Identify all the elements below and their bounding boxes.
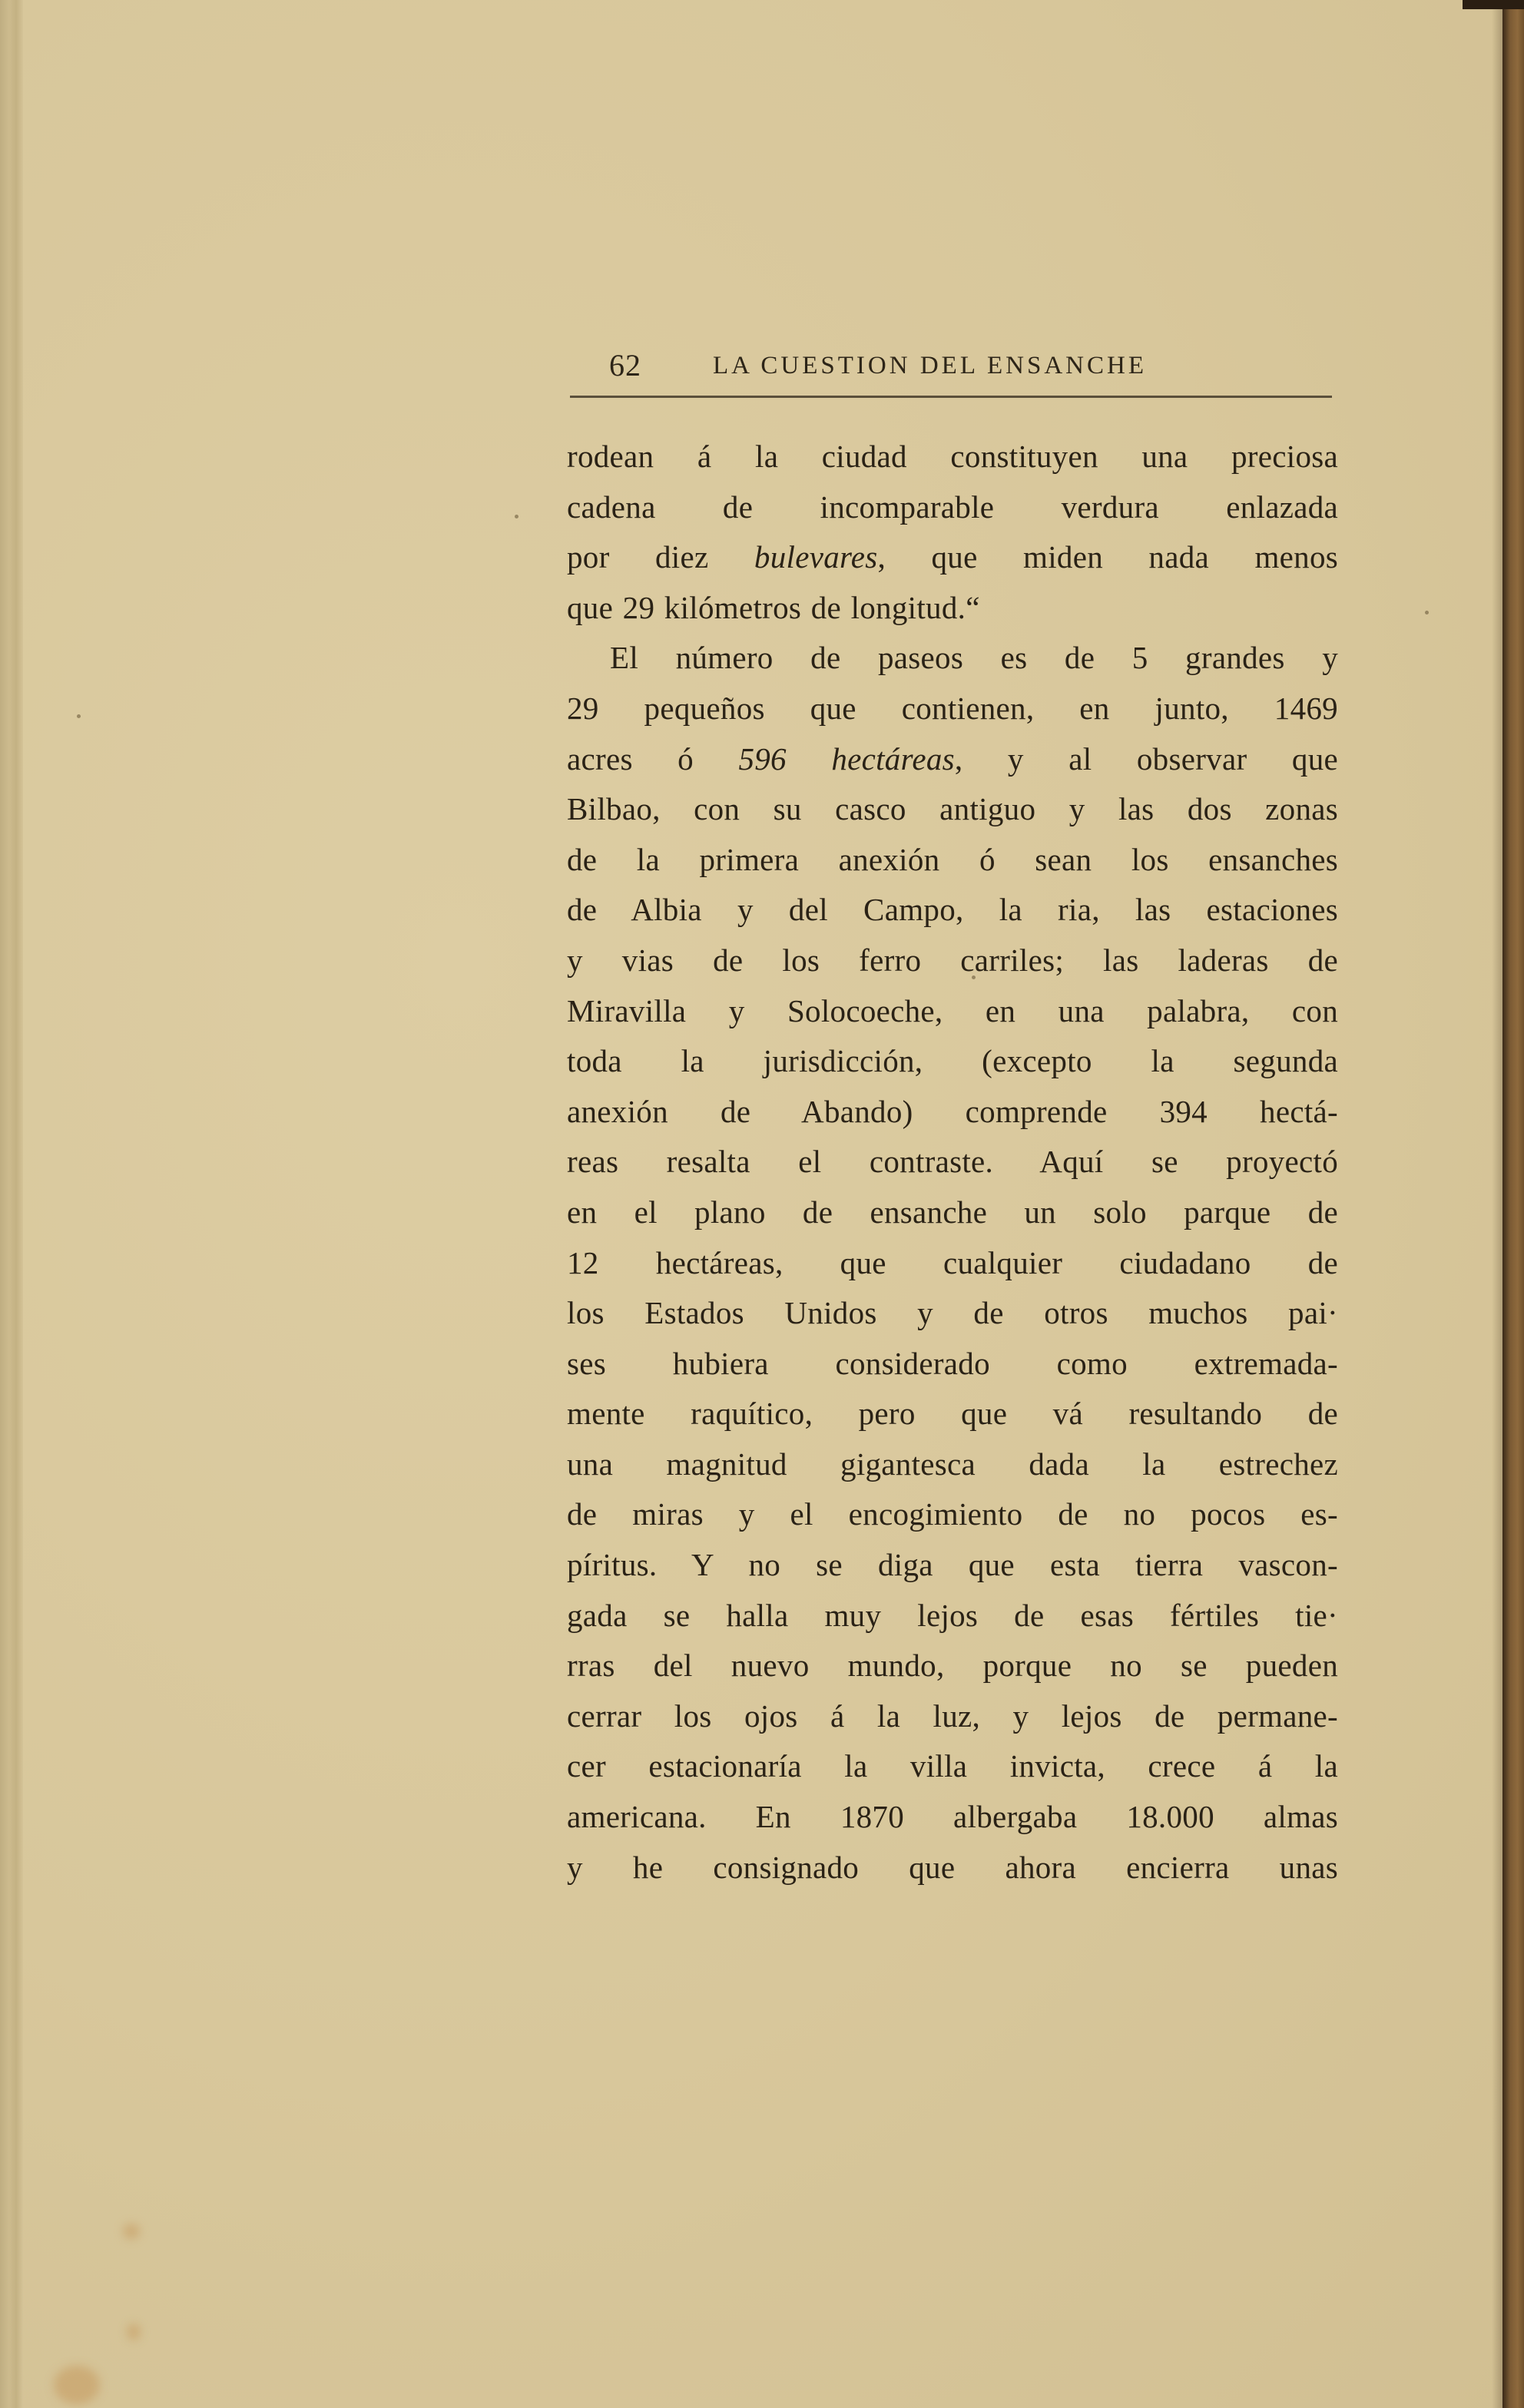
gutter-shadow bbox=[1492, 0, 1502, 2408]
running-header: 62 LA CUESTION DEL ENSANCHE bbox=[599, 347, 1337, 386]
text-line: ses hubiera considerado como extremada- bbox=[567, 1339, 1338, 1389]
text-line: de miras y el encogimiento de no pocos e… bbox=[567, 1489, 1338, 1540]
text-line: rodean á la ciudad constituyen una preci… bbox=[567, 432, 1338, 482]
corner-shadow bbox=[1463, 0, 1524, 9]
speck bbox=[77, 714, 81, 718]
text-line: 29 pequeños que contienen, en junto, 146… bbox=[567, 684, 1338, 734]
scanned-page: 62 LA CUESTION DEL ENSANCHE rodean á la … bbox=[0, 0, 1524, 2408]
text-segment: , que miden nada menos bbox=[878, 539, 1339, 575]
text-line: El número de paseos es de 5 grandes y bbox=[567, 633, 1338, 684]
running-title: LA CUESTION DEL ENSANCHE bbox=[713, 352, 1147, 380]
text-line: píritus. Y no se diga que esta tierra va… bbox=[567, 1540, 1338, 1591]
text-line: cer estacionaría la villa invicta, crece… bbox=[567, 1741, 1338, 1792]
page-number: 62 bbox=[609, 347, 641, 383]
text-line: por diez bulevares, que miden nada menos bbox=[567, 532, 1338, 583]
page-left-edge bbox=[0, 0, 23, 2408]
text-line: y he consignado que ahora encierra unas bbox=[567, 1843, 1338, 1893]
text-line: cadena de incomparable verdura enlazada bbox=[567, 482, 1338, 533]
text-line: anexión de Abando) comprende 394 hectá- bbox=[567, 1087, 1338, 1138]
text-line: los Estados Unidos y de otros muchos pai… bbox=[567, 1288, 1338, 1339]
text-segment: , y al observar que bbox=[955, 741, 1338, 777]
foxing-stain bbox=[54, 2366, 100, 2404]
text-line: 12 hectáreas, que cualquier ciudadano de bbox=[567, 1238, 1338, 1289]
text-line: cerrar los ojos á la luz, y lejos de per… bbox=[567, 1691, 1338, 1742]
book-spine bbox=[1502, 0, 1524, 2408]
text-line: gada se halla muy lejos de esas fértiles… bbox=[567, 1591, 1338, 1641]
text-line: una magnitud gigantesca dada la estreche… bbox=[567, 1439, 1338, 1490]
italic-term: bulevares bbox=[754, 539, 878, 575]
text-line: reas resalta el contraste. Aquí se proye… bbox=[567, 1137, 1338, 1187]
header-rule bbox=[570, 396, 1332, 398]
text-line: que 29 kilómetros de longitud.“ bbox=[567, 583, 1338, 634]
italic-term: 596 hectáreas bbox=[738, 741, 954, 777]
text-line: Bilbao, con su casco antiguo y las dos z… bbox=[567, 784, 1338, 835]
text-segment: acres ó bbox=[567, 741, 738, 777]
text-line: acres ó 596 hectáreas, y al observar que bbox=[567, 734, 1338, 785]
text-line: rras del nuevo mundo, porque no se puede… bbox=[567, 1641, 1338, 1691]
text-line: y vias de los ferro carriles; las ladera… bbox=[567, 936, 1338, 986]
speck bbox=[1425, 611, 1429, 614]
foxing-stain bbox=[127, 2324, 141, 2340]
text-segment: por diez bbox=[567, 539, 754, 575]
speck bbox=[515, 515, 518, 518]
foxing-stain bbox=[123, 2224, 140, 2239]
body-text: rodean á la ciudad constituyen una preci… bbox=[567, 432, 1338, 1893]
text-line: de Albia y del Campo, la ria, las estaci… bbox=[567, 885, 1338, 936]
text-line: mente raquítico, pero que vá resultando … bbox=[567, 1389, 1338, 1439]
text-line: en el plano de ensanche un solo parque d… bbox=[567, 1187, 1338, 1238]
text-line: de la primera anexión ó sean los ensanch… bbox=[567, 835, 1338, 886]
text-line: Miravilla y Solocoeche, en una palabra, … bbox=[567, 986, 1338, 1037]
text-line: toda la jurisdicción, (excepto la segund… bbox=[567, 1036, 1338, 1087]
text-line: americana. En 1870 albergaba 18.000 alma… bbox=[567, 1792, 1338, 1843]
